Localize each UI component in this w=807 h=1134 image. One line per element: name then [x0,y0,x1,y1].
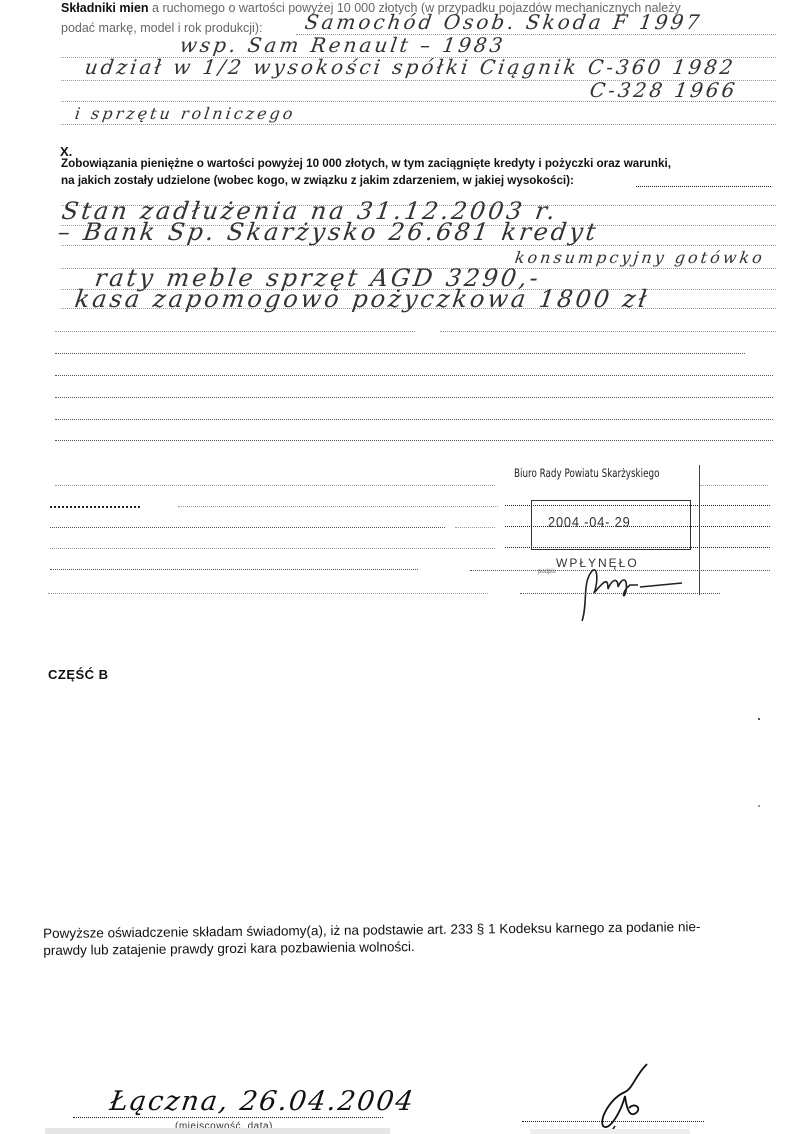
dotted-line [636,186,771,187]
scan-shadow [530,1129,690,1134]
dotted-line [440,331,776,332]
handwritten-entry: C-328 1966 [588,78,739,102]
handwritten-signature-icon [578,563,688,623]
dotted-line [55,331,415,332]
stamp-signature-mark [578,563,688,630]
stamp-date: 2004 -04- 29 [548,514,631,531]
dotted-line [700,485,768,486]
dotted-line [55,353,745,354]
dotted-line [455,527,495,528]
handwritten-entry: udział w 1/2 wysokości spółki Ciągnik C-… [83,55,737,79]
handwritten-entry: wsp. Sam Renault – 1983 [178,33,507,57]
scan-speck [758,805,760,807]
handwritten-signature-icon [585,1062,655,1134]
section-x-description-line1: Zobowiązania pieniężne o wartości powyże… [61,155,671,171]
dotted-line [55,485,495,486]
place-date-handwritten: Łączna, 26.04.2004 [108,1086,417,1117]
section-b-title: CZĘŚĆ B [48,667,109,682]
dotted-line [55,419,773,420]
handwritten-entry: Samochód Osob. Skoda F 1997 [303,10,704,34]
stamp-office-name: Biuro Rady Powiatu Skarżyskiego [514,466,659,480]
dotted-line [55,397,773,398]
dotted-line [178,506,498,507]
dotted-line [50,569,418,570]
dotted-line [50,506,140,508]
dotted-line [48,593,488,594]
handwritten-entry: – Bank Sp. Skarżysko 26.681 kredyt [56,218,600,246]
scan-speck [758,718,760,720]
stamp-signature-label: podpis [538,569,556,575]
handwritten-entry: kasa zapomogowo pożyczkowa 1800 zł [73,285,651,313]
dotted-line [55,440,773,441]
dotted-line [55,375,773,376]
handwritten-entry: konsumpcyjny gotówko [514,248,767,267]
scan-shadow [45,1128,390,1134]
section-ix-intro-bold: Składniki mien [61,1,149,15]
place-date-line [73,1117,383,1118]
dotted-line [50,527,445,528]
signature-mark [585,1062,655,1134]
dotted-line [61,124,776,125]
dotted-line [50,548,495,549]
handwritten-entry: i sprzętu rolniczego [74,104,297,123]
legal-statement: Powyższe oświadczenie składam świadomy(a… [43,917,773,959]
section-x-description-line2: na jakich zostały udzielone (wobec kogo,… [61,172,574,188]
